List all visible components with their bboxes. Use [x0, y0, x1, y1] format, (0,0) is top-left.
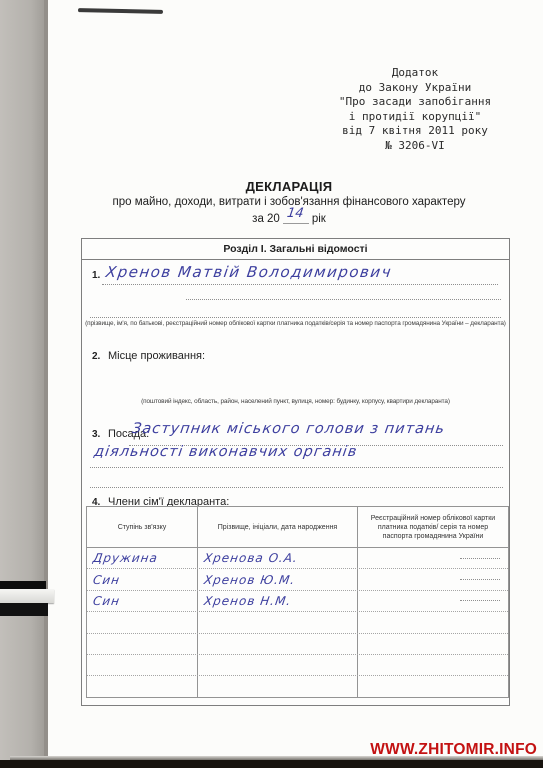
section-1-header: Розділ І. Загальні відомості: [82, 239, 509, 260]
id-cell: [358, 548, 508, 568]
annex-line: "Про засади запобігання: [332, 95, 498, 110]
item1-line-1: [102, 284, 498, 285]
family-table-header-idnumber: Реєстраційний номер облікової картки пла…: [358, 507, 508, 547]
item3-number: 3.: [92, 429, 100, 440]
family-members-table: Ступінь зв'язку Прізвище, ініціали, дата…: [86, 506, 509, 698]
annex-line: від 7 квітня 2011 року: [332, 124, 498, 139]
family-table-row: Син Хренов Ю.М.: [87, 569, 508, 590]
empty-id-dash: [460, 600, 500, 601]
family-table-row: [87, 655, 508, 676]
family-table-row: [87, 612, 508, 633]
id-cell: [358, 569, 508, 589]
relation-cell: Син: [92, 594, 121, 608]
name-cell: Хренов Ю.М.: [203, 573, 296, 587]
item3-line-3: [90, 487, 503, 488]
year-handwritten-value: 14: [286, 206, 305, 221]
family-table-row: Син Хренов Н.М.: [87, 591, 508, 612]
document-title: ДЕКЛАРАЦІЯ: [48, 179, 530, 194]
family-table-header-relation: Ступінь зв'язку: [87, 507, 198, 547]
section-1-box: Розділ І. Загальні відомості 1. Хренов М…: [81, 238, 510, 706]
family-table-row: [87, 634, 508, 655]
item1-line-3: [90, 317, 501, 318]
name-cell: Хренова О.А.: [203, 551, 299, 565]
item1-number: 1.: [92, 270, 100, 281]
year-prefix: за 20: [252, 213, 280, 225]
id-cell: [358, 612, 508, 632]
site-watermark: WWW.ZHITOMIR.INFO: [370, 741, 537, 759]
annex-line: і протидії корупції": [332, 110, 498, 125]
item3-position-handwritten-line2: діяльності виконавчих органів: [93, 444, 359, 460]
item1-line-2: [186, 299, 501, 300]
annex-line: до Закону України: [332, 81, 498, 96]
id-cell: [358, 655, 508, 675]
item3-position-handwritten-line1: Заступник міського голови з питань: [131, 421, 446, 437]
binder-clip-artifact: [0, 603, 48, 616]
annex-line: № 3206-VI: [332, 139, 498, 154]
id-cell: [358, 676, 508, 696]
relation-cell: Син: [92, 573, 121, 587]
relation-cell: Дружина: [92, 551, 159, 565]
annex-reference-block: Додаток до Закону України "Про засади за…: [332, 66, 498, 154]
id-cell: [358, 591, 508, 611]
scanned-declaration-document: Додаток до Закону України "Про засади за…: [0, 0, 543, 768]
binder-clip-artifact: [0, 589, 54, 603]
family-table-row: Дружина Хренова О.А.: [87, 548, 508, 569]
year-suffix: рік: [312, 213, 326, 225]
empty-id-dash: [460, 558, 500, 559]
scanner-edge-strip: [0, 0, 44, 768]
declaration-year-line: за 2014рік: [48, 209, 530, 225]
year-blank: 14: [283, 209, 309, 224]
item2-label: Місце проживання:: [108, 350, 205, 362]
family-table-row: [87, 676, 508, 696]
annex-line: Додаток: [332, 66, 498, 81]
item1-caption: (прізвище, ім'я, по батькові, реєстрацій…: [82, 320, 509, 327]
page-edge-shadow: [44, 0, 48, 758]
scan-bottom-edge: [0, 760, 543, 768]
item2-caption: (поштовий індекс, область, район, населе…: [82, 398, 509, 405]
declaration-title-block: ДЕКЛАРАЦІЯ про майно, доходи, витрати і …: [48, 179, 530, 225]
family-table-header-row: Ступінь зв'язку Прізвище, ініціали, дата…: [87, 507, 508, 548]
id-cell: [358, 634, 508, 654]
item3-line-2: [90, 467, 503, 468]
family-table-header-name: Прізвище, ініціали, дата народження: [198, 507, 358, 547]
item2-number: 2.: [92, 351, 100, 362]
empty-id-dash: [460, 579, 500, 580]
item1-fullname-handwritten: Хренов Матвій Володимирович: [105, 263, 394, 281]
name-cell: Хренов Н.М.: [203, 594, 292, 608]
binder-clip-artifact: [0, 581, 46, 589]
